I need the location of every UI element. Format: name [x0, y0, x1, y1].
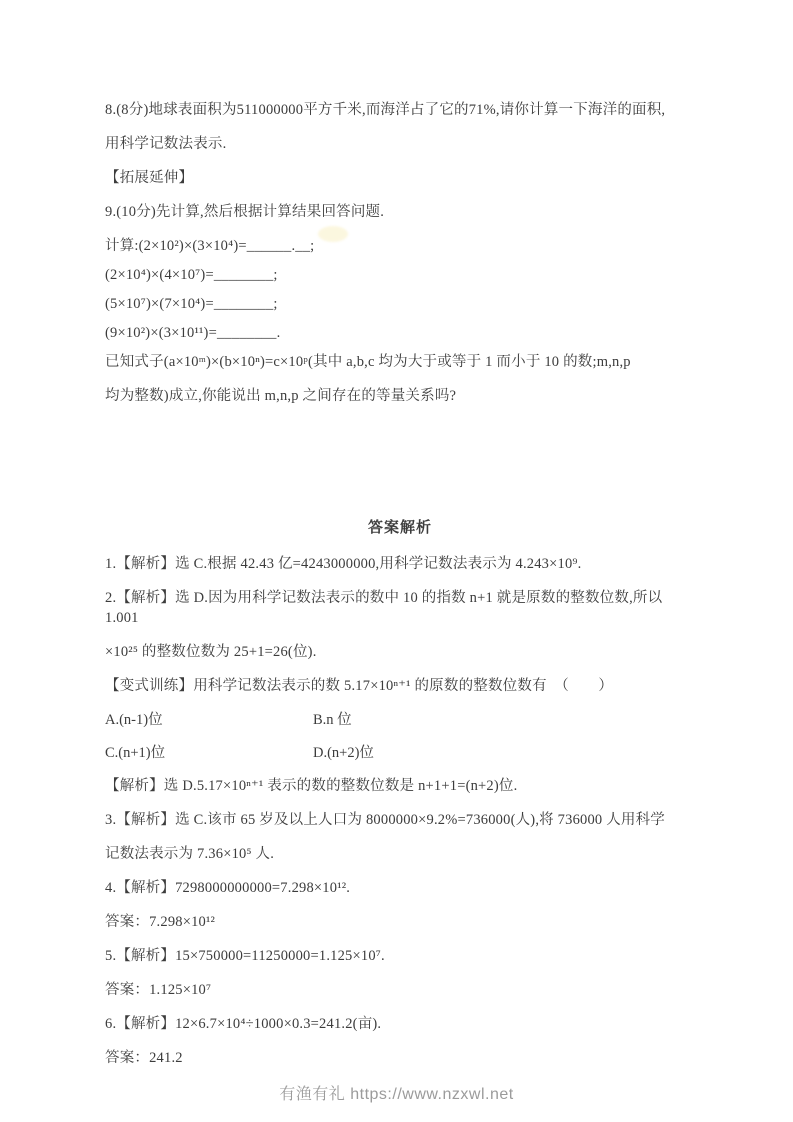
document-body: 8.(8分)地球表面积为511000000平方千米,而海洋占了它的71%,请你计… — [105, 100, 695, 1082]
answer-4-result: 答案：7.298×10¹² — [105, 912, 695, 932]
answer-3-line2: 记数法表示为 7.36×10⁵ 人. — [105, 844, 695, 864]
answer-4-analysis: 4.【解析】7298000000000=7.298×10¹². — [105, 878, 695, 898]
given-condition-line1: 已知式子(a×10ᵐ)×(b×10ⁿ)=c×10ᵖ(其中 a,b,c 均为大于或… — [105, 352, 695, 372]
answers-section: 答案解析 1.【解析】选 C.根据 42.43 亿=4243000000,用科学… — [105, 518, 695, 1068]
options-row-1: A.(n-1)位 B.n 位 — [105, 710, 695, 730]
answer-6-result: 答案：241.2 — [105, 1048, 695, 1068]
answer-2-line2: ×10²⁵ 的整数位数为 25+1=26(位). — [105, 642, 695, 662]
variant-training-question: 【变式训练】用科学记数法表示的数 5.17×10ⁿ⁺¹ 的原数的整数位数有 （ … — [105, 676, 695, 696]
problem-8-line2: 用科学记数法表示. — [105, 134, 695, 154]
watermark-footer: 有渔有礼 https://www.nzxwl.net — [0, 1081, 793, 1104]
given-condition-line2: 均为整数)成立,你能说出 m,n,p 之间存在的等量关系吗? — [105, 386, 695, 406]
option-c: C.(n+1)位 — [105, 743, 313, 763]
calc-line-1: 计算:(2×10²)×(3×10⁴)=______.__; — [105, 236, 695, 256]
answer-1: 1.【解析】选 C.根据 42.43 亿=4243000000,用科学记数法表示… — [105, 554, 695, 574]
variant-training-answer: 【解析】选 D.5.17×10ⁿ⁺¹ 表示的数的整数位数是 n+1+1=(n+2… — [105, 776, 695, 796]
answer-3-line1: 3.【解析】选 C.该市 65 岁及以上人口为 8000000×9.2%=736… — [105, 810, 695, 830]
calc-line-4: (9×10²)×(3×10¹¹)=________. — [105, 323, 695, 343]
option-d: D.(n+2)位 — [313, 743, 695, 763]
expand-section-header: 【拓展延伸】 — [105, 168, 695, 188]
answer-5-result: 答案：1.125×10⁷ — [105, 980, 695, 1000]
worksheet-page: 8.(8分)地球表面积为511000000平方千米,而海洋占了它的71%,请你计… — [0, 0, 793, 1122]
problem-9-intro: 9.(10分)先计算,然后根据计算结果回答问题. — [105, 202, 695, 222]
option-a: A.(n-1)位 — [105, 710, 313, 730]
options-row-2: C.(n+1)位 D.(n+2)位 — [105, 743, 695, 763]
answer-2-line1: 2.【解析】选 D.因为用科学记数法表示的数中 10 的指数 n+1 就是原数的… — [105, 588, 695, 628]
calc-line-3: (5×10⁷)×(7×10⁴)=________; — [105, 294, 695, 314]
answers-section-title: 答案解析 — [105, 518, 695, 538]
answer-5-analysis: 5.【解析】15×750000=11250000=1.125×10⁷. — [105, 946, 695, 966]
calc-line-2: (2×10⁴)×(4×10⁷)=________; — [105, 265, 695, 285]
answer-6-analysis: 6.【解析】12×6.7×10⁴÷1000×0.3=241.2(亩). — [105, 1014, 695, 1034]
problem-8-line1: 8.(8分)地球表面积为511000000平方千米,而海洋占了它的71%,请你计… — [105, 100, 695, 120]
option-b: B.n 位 — [313, 710, 695, 730]
